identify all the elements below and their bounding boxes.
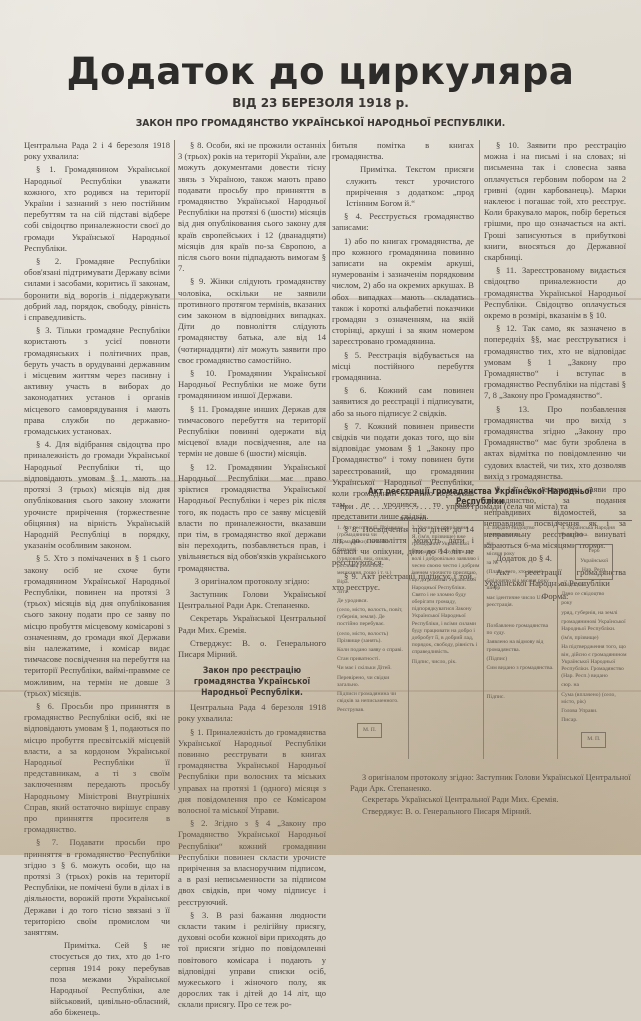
paragraph: Центральна Рада 2 і 4 березоля 1918 року… (24, 140, 170, 162)
act-field: (село, місто, волость, повіт, губернія, … (337, 607, 405, 629)
paragraph: § 12. Громадянин Української Народньої Р… (178, 462, 326, 574)
paragraph: § 13. Про позбавлення громадянства чи пр… (484, 404, 626, 482)
column-1: Центральна Рада 2 і 4 березоля 1918 року… (24, 140, 170, 855)
act-field: за № (487, 560, 555, 567)
act-column-heading: 1. Акт реєстрації. Прізвище (громадянина… (337, 525, 405, 554)
act-field: сюр. на (561, 682, 629, 689)
second-law-title: Закон про реєстрацію громадянства Україн… (189, 666, 315, 699)
stamp-line: Української (580, 558, 608, 565)
act-column-4: 4. Українська Народня Республіка. Герб У… (558, 521, 632, 759)
law-title: ЗАКОН ПРО ГРОМАДЯНСТВО УКРАЇНСЬКОЇ НАРОД… (26, 118, 616, 129)
act-column-heading: 3. Видано свідоцтво громадянства. (487, 525, 555, 539)
act-field: Реєстрував. (337, 707, 405, 714)
paragraph: § 4. Реєструється громадянство записами: (332, 211, 474, 233)
act-line-prefix: при (340, 501, 354, 511)
signature-line: Стверджує: В. о. Генерального Писаря Мір… (350, 807, 632, 818)
paragraph: § 3. Тільки громадяне Республіки користа… (24, 325, 170, 437)
act-field: Стан приватності. (337, 656, 405, 663)
act-field: Де уродився. (337, 598, 405, 605)
paragraph: § 1. Громадянином Української Народньої … (24, 164, 170, 254)
signature-line: З оригіналом протоколу згідно: (178, 576, 326, 587)
seal-mark: М. П. (581, 732, 606, 747)
paragraph: § 10. Громадянин Української Народньої Р… (178, 368, 326, 402)
act-line-dots: . . . . . . . . . . . . . . . . . . . . … (356, 501, 444, 511)
coat-of-arms-stamp: Герб Української Нар. Респ. (575, 544, 613, 580)
paragraph: § 2. Згідно з § 4 „Закону про Громадянст… (178, 818, 326, 855)
stamp-line: Нар. Респ. (580, 567, 608, 574)
act-field: Сим видано з громадянства. (487, 665, 555, 672)
signature-line: Стверджує: В. о. Генерального Писаря Мір… (178, 638, 326, 660)
paragraph: § 7. Подавати просьби про принняття в гр… (24, 837, 170, 855)
column-divider (174, 140, 175, 790)
paragraph: § 1. Приналежність до громадянства Украї… (178, 727, 326, 817)
paragraph: битьпя помітка в книгах громадянства. (332, 140, 474, 162)
act-field: Свідоцтво. (561, 582, 629, 589)
act-field: Чи має і скільки Дітей. (337, 665, 405, 672)
act-field: громадянинові Української Народньої Респ… (561, 619, 629, 633)
act-field: (урядовий, вид, ознак, рослинн, ремісник… (337, 556, 405, 578)
act-column-3: 3. Видано свідоцтво громадянства. від мі… (484, 521, 559, 759)
act-field: (Плата, того, хто видає). (487, 569, 555, 576)
act-field: Підпис, число, рік. (412, 659, 480, 666)
act-field: На підтвердження того, що він, дійсно є … (561, 644, 629, 680)
act-field: Коли подано заяву о справі. (337, 647, 405, 654)
act-field: (село, місто, волость) Прізвище (занять)… (337, 631, 405, 645)
act-column-2: 2. Урочисте прирічення. Я, (ім'я, прізви… (409, 521, 484, 759)
act-column-1: 1. Акт реєстрації. Прізвище (громадянина… (334, 521, 409, 759)
act-field: місяця року (487, 551, 555, 558)
act-field: (Підпис) (487, 656, 555, 663)
act-field: Заявлено на відмову від громадянства. (487, 639, 555, 653)
paragraph: Центральна Рада 4 березоля 1918 року ухв… (178, 702, 326, 724)
act-field: Голова Управи. (561, 708, 629, 715)
paragraph: § 9. Жінки слідують громадянству чоловік… (178, 276, 326, 366)
signature-line: Секретарь Української Центральної Ради М… (350, 795, 632, 806)
act-field: Підписи громадянина чи свідків за непись… (337, 691, 405, 705)
document-title: Додаток до циркуляра (0, 50, 641, 93)
signature-line: Заступник Голови Української Центральної… (178, 589, 326, 611)
act-field: Віра. (337, 579, 405, 586)
act-column-heading: 2. Урочисте прирічення. (412, 525, 480, 532)
act-field: року (561, 600, 629, 607)
act-field: уряд, губернія, на землі (561, 610, 629, 617)
column-divider (329, 140, 330, 480)
act-field: Дано се свідоцтво (561, 591, 629, 598)
paragraph: § 10. Заявити про реєстрацію можна і на … (484, 140, 626, 263)
paragraph: § 8. Особи, які не прожили останніх 3 (т… (178, 140, 326, 274)
paragraph: § 5. Реєстрація відбувається на місці по… (332, 350, 474, 384)
act-field: Сума (вплачено) (село, місто, рік) (561, 692, 629, 706)
act-line-suffix: управі громади (села чи міста) та (446, 501, 568, 511)
paragraph: 1) або по книгах громадянства, де про ко… (332, 236, 474, 348)
act-field: Перевірено, чи свідки загально. (337, 675, 405, 689)
stamp-line: Герб (580, 548, 608, 555)
column-2: § 8. Особи, які не прожили останніх 3 (т… (178, 140, 326, 855)
paragraph: § 11. Громадяне инших Держав для тимчасо… (178, 404, 326, 460)
paragraph: § 4. Для відібрання свідоцтва про принал… (24, 439, 170, 551)
act-field: Літа. (337, 589, 405, 596)
paragraph: § 6. Просьби про принняття в громадянств… (24, 701, 170, 835)
paragraph: § 12. Так само, як зазначено в попередні… (484, 323, 626, 401)
act-form-table: 1. Акт реєстрації. Прізвище (громадянина… (334, 520, 632, 759)
act-field: Писар. (561, 717, 629, 724)
document-page: Додаток до циркуляра ВІД 23 БЕРЕЗОЛЯ 191… (0, 0, 641, 855)
column-divider (479, 140, 480, 480)
act-field: (ім'я, прізвище) (561, 635, 629, 642)
signature-line: З оригіналом протоколу згідно: Заступник… (350, 773, 632, 794)
act-field: Я, (ім'я, прізвище) вже громадянин Украї… (412, 534, 480, 656)
document-date: ВІД 23 БЕРЕЗОЛЯ 1918 р. (0, 96, 641, 110)
footer-signatures: З оригіналом протоколу згідно: Заступник… (350, 773, 632, 818)
signature-line: Секретарь Української Центральної Ради М… (178, 613, 326, 635)
act-field: Позбавлено громадянства по суду. (487, 623, 555, 637)
act-field: Свідоцтво від місяця року шифр (487, 578, 555, 592)
paragraph: § 11. Зареєстрованому видається свідоцтв… (484, 265, 626, 321)
act-field: має ідентичне число Ux реєстрація. (487, 595, 555, 609)
act-field: від (487, 541, 555, 548)
paragraph: § 2. Громадяне Республіки обов'язані під… (24, 256, 170, 323)
act-field: Підпис. (487, 694, 555, 701)
act-column-heading: 4. Українська Народня Республіка. (561, 525, 629, 539)
seal-mark: М. П. (357, 723, 382, 738)
paragraph: § 5. Хто з помічачених в § 1 сього закон… (24, 553, 170, 699)
paragraph: § 6. Кожний сам повинен заявитися до реє… (332, 385, 474, 419)
note: Примітка. Текстом присяги служить текст … (346, 164, 474, 209)
